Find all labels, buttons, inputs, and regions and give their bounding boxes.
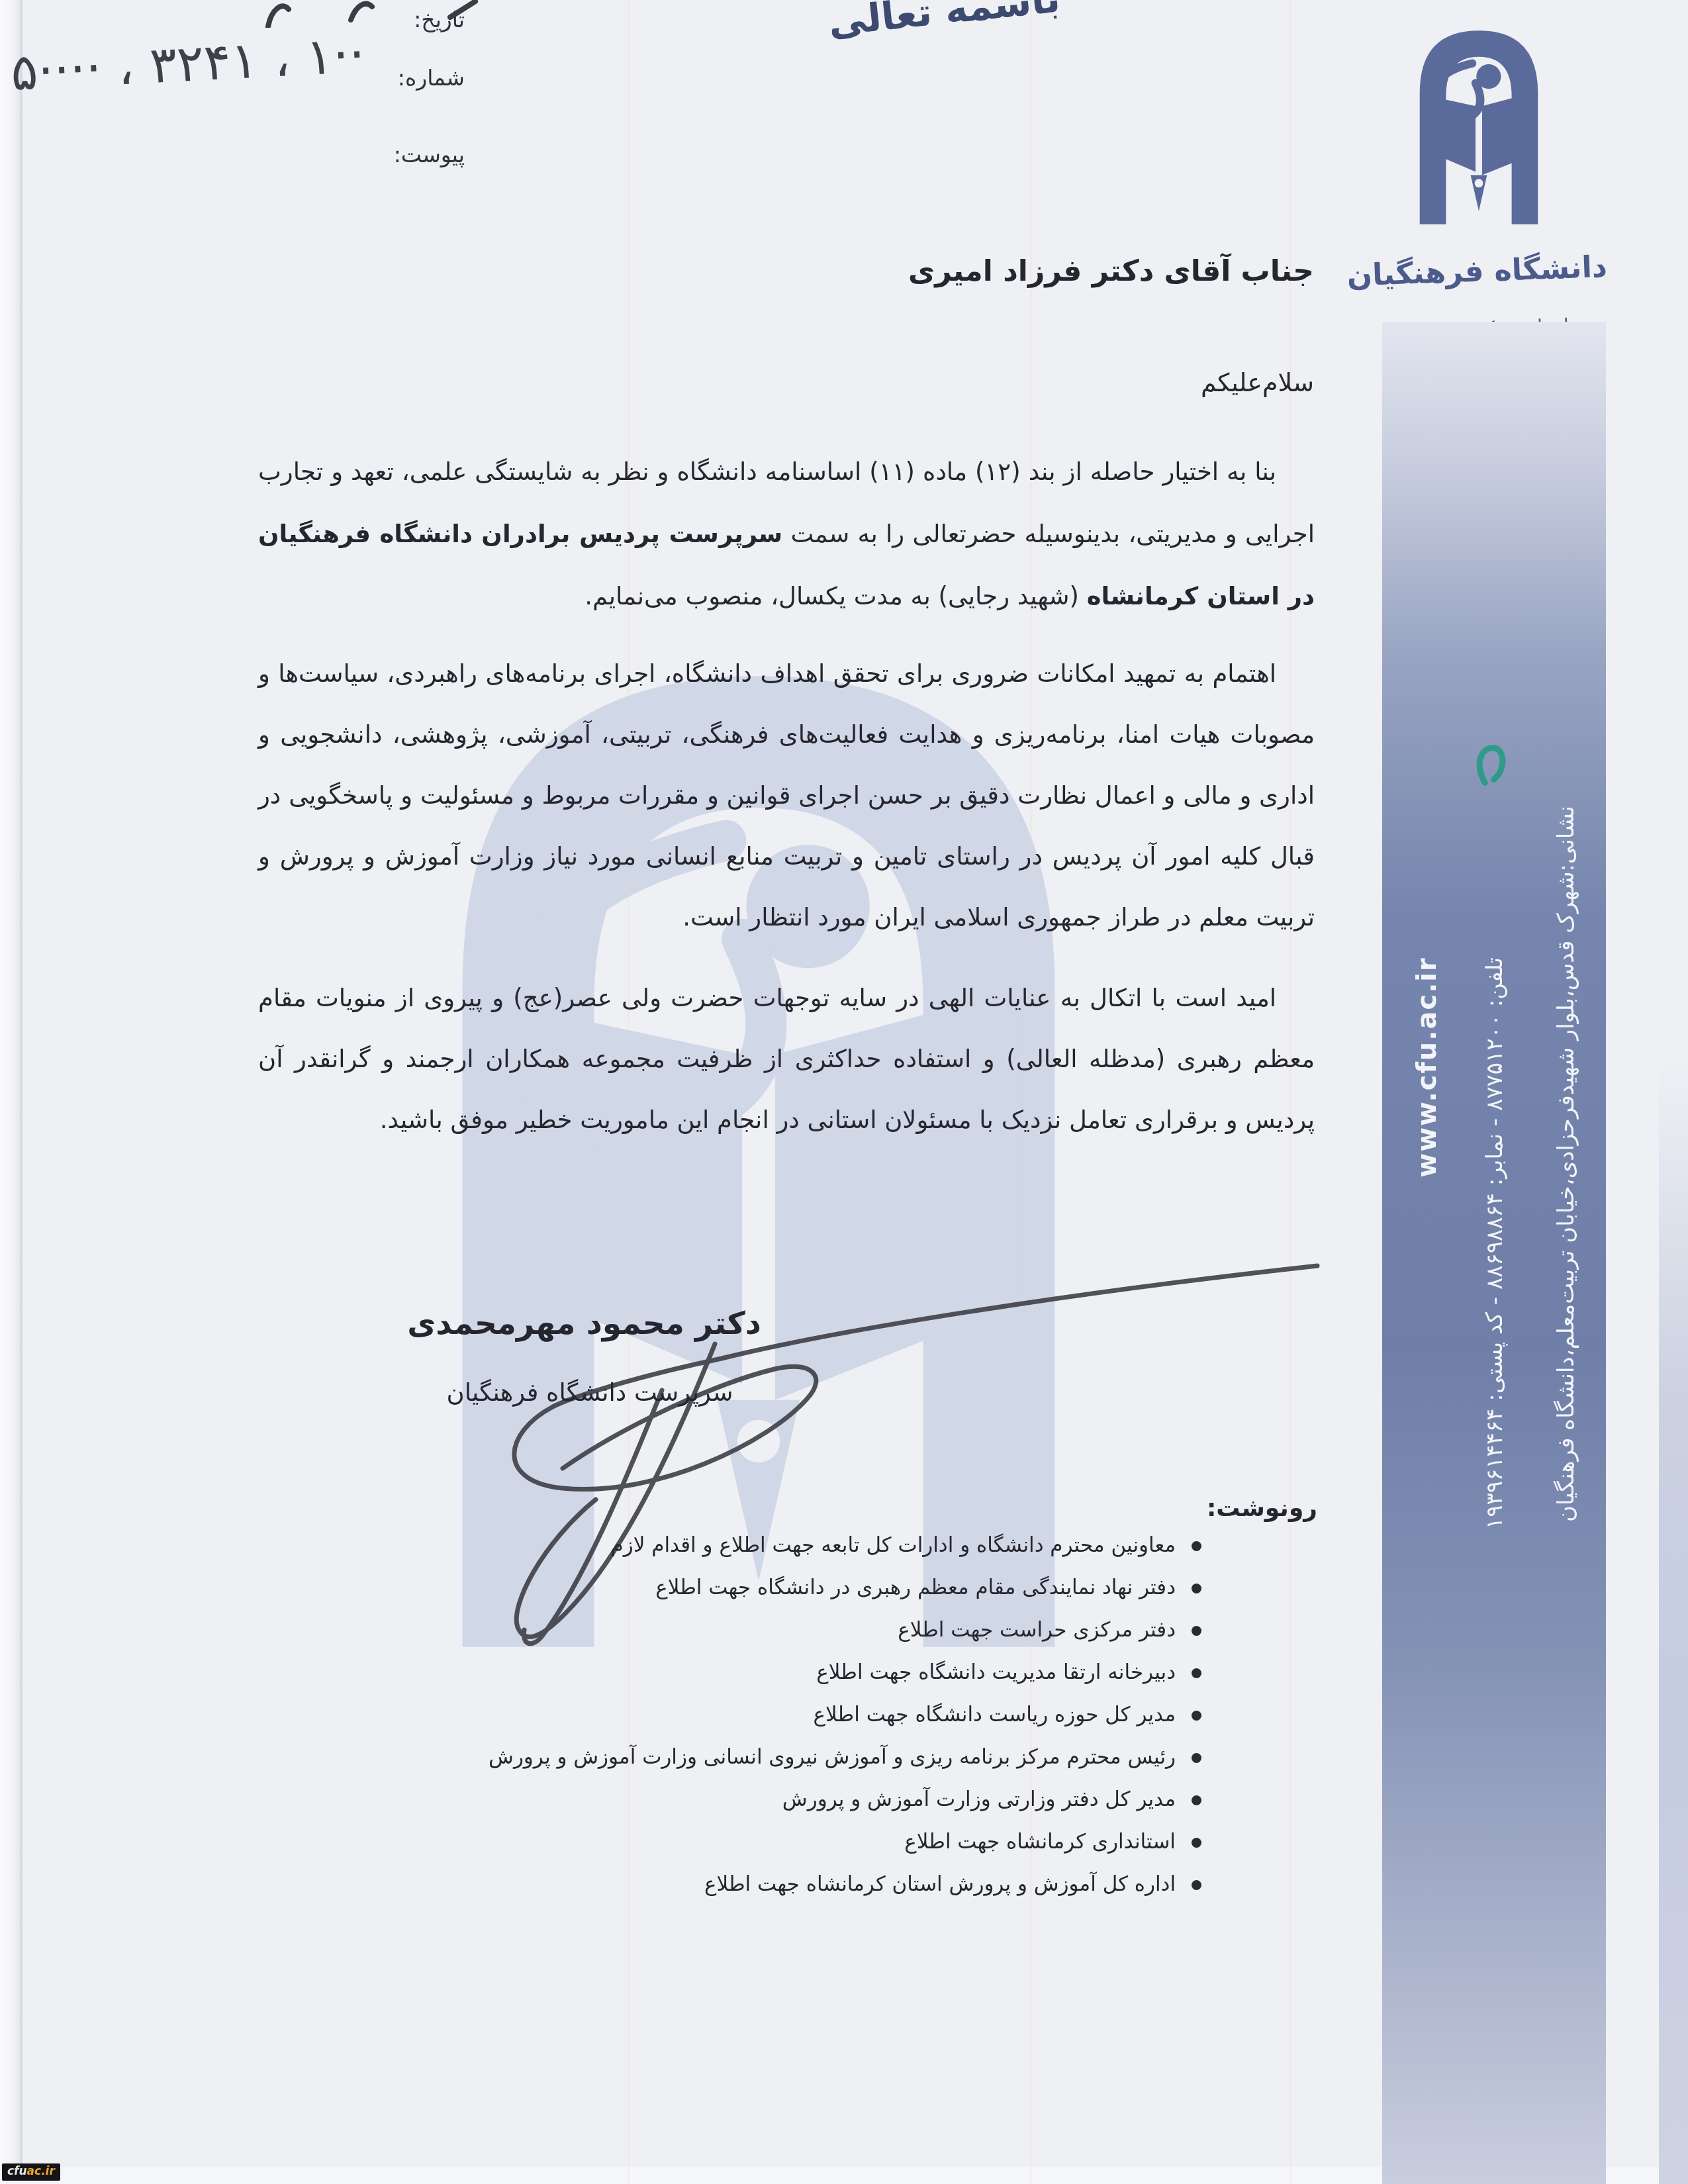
cc-item: مدیر کل حوزه ریاست دانشگاه جهت اطلاع (275, 1693, 1201, 1736)
cc-item: رئیس محترم مرکز برنامه ریزی و آموزش نیرو… (275, 1736, 1201, 1778)
scanned-letter-page: تاریخ: شماره: پیوست: ۵···· ، ۳۲۴۱ ، ۱·· … (0, 0, 1688, 2184)
closing-paragraph: امید است با اتکال به عنایات الهی در سایه… (258, 968, 1315, 1151)
salutation: سلام‌علیکم (1201, 368, 1314, 397)
website-vertical-text: www.cfu.ac.ir (1413, 869, 1442, 1266)
signer-name: دکتر محمود مهرمحمدی (417, 1306, 761, 1342)
cc-item: دفتر مرکزی حراست جهت اطلاع (275, 1609, 1201, 1651)
cc-item: دبیرخانه ارتقا مدیریت دانشگاه جهت اطلاع (275, 1651, 1201, 1693)
handwritten-date-cropped-strokes (252, 0, 530, 28)
cc-item: معاونین محترم دانشگاه و ادارات کل تابعه … (275, 1524, 1201, 1566)
attachment-label: پیوست: (394, 142, 465, 167)
appointment-paragraph: بنا به اختیار حاصله از بند (۱۲) ماده (۱۱… (258, 441, 1315, 628)
bismillah-calligraphy: باسمه تعالی (820, 0, 1062, 46)
university-logo-icon (1397, 3, 1561, 249)
badge-text-orange: ac.ir (27, 2165, 55, 2178)
cc-item: مدیر کل دفتر وزارتی وزارت آموزش و پرورش (275, 1778, 1201, 1821)
cc-item: اداره کل آموزش و پرورش استان کرمانشاه جه… (275, 1863, 1201, 1905)
number-label: شماره: (398, 65, 465, 91)
scan-left-edge-line (20, 0, 23, 2184)
corner-watermark-badge: cfuac.ir (2, 2163, 60, 2181)
cc-item: دفتر نهاد نمایندگی مقام معظم رهبری در دا… (275, 1566, 1201, 1609)
cc-list: معاونین محترم دانشگاه و ادارات کل تابعه … (275, 1524, 1201, 1905)
recipient-line: جناب آقای دکتر فرزاد امیری (908, 254, 1314, 288)
address-vertical-text: نشانی:شهرک قدس،بلوار شهیدفرحزادی،خیابان … (1552, 628, 1581, 1700)
signer-title: سرپرست دانشگاه فرهنگیان (442, 1378, 737, 1407)
cc-label: رونوشت: (1207, 1495, 1317, 1522)
scan-left-edge (0, 0, 20, 2184)
scan-right-strip (1659, 1059, 1688, 2184)
cc-item: استانداری کرمانشاه جهت اطلاع (275, 1821, 1201, 1863)
badge-text-white: cfu (7, 2165, 27, 2178)
duties-paragraph: اهتمام به تمهید امکانات ضروری برای تحقق … (258, 643, 1315, 948)
university-name: دانشگاه فرهنگیان (1374, 249, 1608, 292)
handwritten-letter-number: ۵···· ، ۳۲۴۱ ، ۱·· (9, 26, 343, 102)
phone-fax-postal-vertical-text: تلفن: ۸۷۷۵۱۲۰۰ - نمابر: ۸۸۶۹۸۸۶۴ - کد پس… (1480, 747, 1509, 1740)
paragraph1-text-after: (شهید رجایی) به مدت یکسال، منصوب می‌نمای… (585, 582, 1086, 610)
